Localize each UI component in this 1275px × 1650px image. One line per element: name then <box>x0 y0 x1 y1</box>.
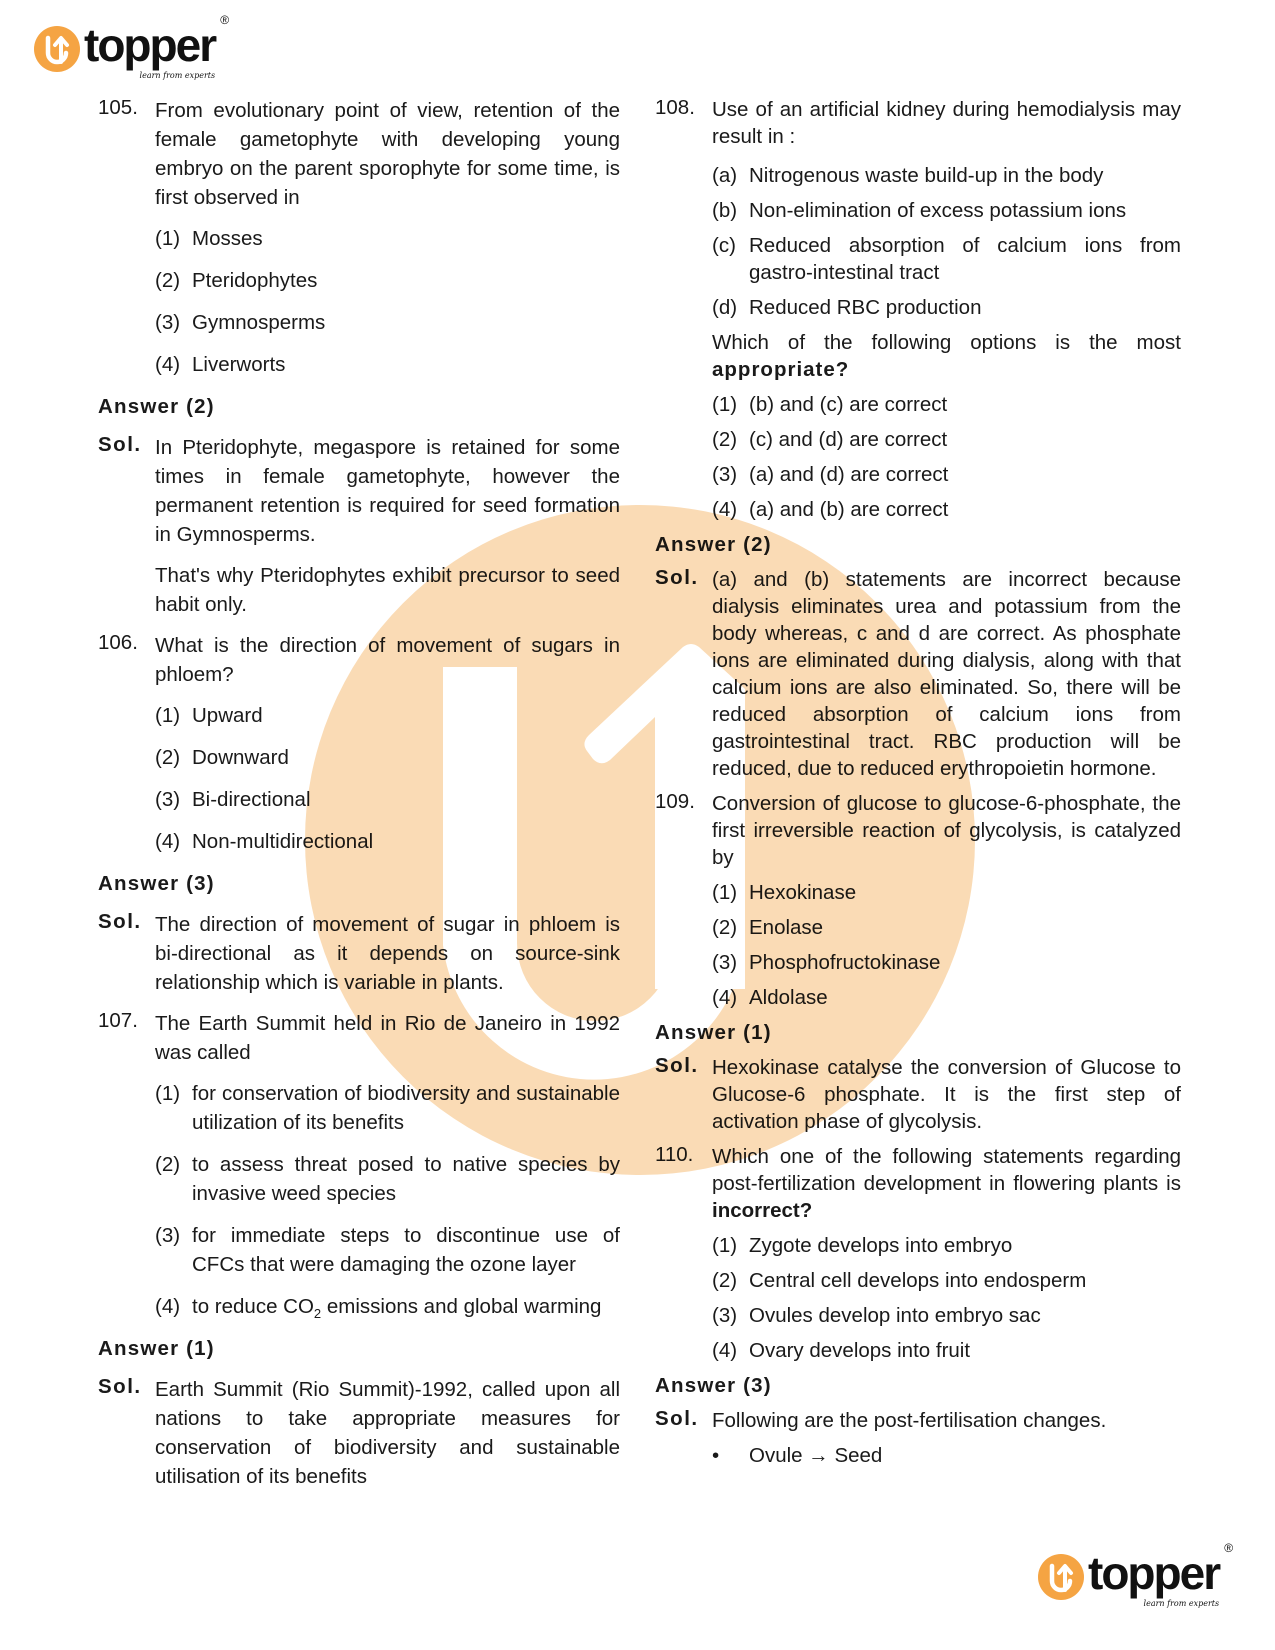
statement: (a)Nitrogenous waste build-up in the bod… <box>712 162 1181 189</box>
question-text: Conversion of glucose to glucose-6-phosp… <box>712 790 1181 871</box>
option: (1)Upward <box>155 701 620 730</box>
answer-107: Answer (1) <box>98 1334 620 1363</box>
solution-label: Sol. <box>655 1407 699 1431</box>
option: (4)(a) and (b) are correct <box>712 496 1181 523</box>
question-text: From evolutionary point of view, retenti… <box>155 96 620 212</box>
option: (3)Ovules develop into embryo sac <box>712 1302 1181 1329</box>
option: (4)Ovary develops into fruit <box>712 1337 1181 1364</box>
solution-108: Sol. (a) and (b) statements are incorrec… <box>655 566 1181 782</box>
solution-109: Sol. Hexokinase catalyse the conversion … <box>655 1054 1181 1135</box>
option: (1)for conservation of biodiversity and … <box>155 1079 620 1137</box>
question-110: 110. Which one of the following statemen… <box>655 1143 1181 1364</box>
answer-105: Answer (2) <box>98 392 620 421</box>
brand-name: topper <box>1088 1547 1219 1599</box>
bullet-icon: • <box>712 1442 719 1469</box>
option: (1)(b) and (c) are correct <box>712 391 1181 418</box>
question-text: The Earth Summit held in Rio de Janeiro … <box>155 1009 620 1067</box>
left-column: 105. From evolutionary point of view, re… <box>98 96 620 1491</box>
option: (3)Bi-directional <box>155 785 620 814</box>
brand-name: topper <box>84 19 215 71</box>
solution-text: The direction of movement of sugar in ph… <box>155 910 620 997</box>
option: (3)(a) and (d) are correct <box>712 461 1181 488</box>
question-text: Use of an artificial kidney during hemod… <box>712 96 1181 150</box>
solution-label: Sol. <box>98 433 142 457</box>
question-number: 106. <box>98 631 138 655</box>
option: (1)Hexokinase <box>712 879 1181 906</box>
question-number: 105. <box>98 96 138 120</box>
option: (4)Aldolase <box>712 984 1181 1011</box>
option: (4)Non-multidirectional <box>155 827 620 856</box>
solution-text: In Pteridophyte, megaspore is retained f… <box>155 433 620 549</box>
question-number: 110. <box>655 1143 693 1167</box>
question-text: Which one of the following statements re… <box>712 1143 1181 1224</box>
topper-badge-icon <box>34 26 80 72</box>
registered-mark: ® <box>220 14 229 26</box>
option: (2)to assess threat posed to native spec… <box>155 1150 620 1208</box>
question-text: What is the direction of movement of sug… <box>155 631 620 689</box>
solution-label: Sol. <box>655 1054 699 1078</box>
option: (2)Central cell develops into endosperm <box>712 1267 1181 1294</box>
option: (2)(c) and (d) are correct <box>712 426 1181 453</box>
statement: (c)Reduced absorption of calcium ions fr… <box>712 232 1181 286</box>
question-109: 109. Conversion of glucose to glucose-6-… <box>655 790 1181 1011</box>
topper-badge-icon <box>1038 1554 1084 1600</box>
solution-110: Sol. Following are the post-fertilisatio… <box>655 1407 1181 1469</box>
solution-label: Sol. <box>98 910 142 934</box>
brand-tagline: learn from experts <box>1144 1600 1220 1608</box>
solution-text: (a) and (b) statements are incorrect bec… <box>712 566 1181 782</box>
solution-text-2: That's why Pteridophytes exhibit precurs… <box>155 561 620 619</box>
brand-tagline: learn from experts <box>140 72 216 80</box>
topper-logo-footer: topper ® learn from experts <box>1038 1550 1219 1600</box>
topper-logo: topper ® learn from experts <box>34 22 215 72</box>
solution-106: Sol. The direction of movement of sugar … <box>98 910 620 997</box>
statement: (d)Reduced RBC production <box>712 294 1181 321</box>
solution-text: Following are the post-fertilisation cha… <box>712 1407 1181 1434</box>
answer-110: Answer (3) <box>655 1372 1181 1399</box>
bullet-item: • Ovule → Seed <box>712 1442 1181 1469</box>
question-107: 107. The Earth Summit held in Rio de Jan… <box>98 1009 620 1321</box>
right-column: 108. Use of an artificial kidney during … <box>655 96 1181 1469</box>
solution-text: Hexokinase catalyse the conversion of Gl… <box>712 1054 1181 1135</box>
question-number: 109. <box>655 790 695 814</box>
option: (3)Phosphofructokinase <box>712 949 1181 976</box>
question-number: 107. <box>98 1009 138 1033</box>
question-prompt: Which of the following options is the mo… <box>712 329 1181 383</box>
option: (4)Liverworts <box>155 350 620 379</box>
solution-label: Sol. <box>98 1375 142 1399</box>
option: (2)Enolase <box>712 914 1181 941</box>
question-105: 105. From evolutionary point of view, re… <box>98 96 620 379</box>
option: (1)Zygote develops into embryo <box>712 1232 1181 1259</box>
question-number: 108. <box>655 96 695 120</box>
statement: (b)Non-elimination of excess potassium i… <box>712 197 1181 224</box>
answer-109: Answer (1) <box>655 1019 1181 1046</box>
option: (3)Gymnosperms <box>155 308 620 337</box>
solution-105: Sol. In Pteridophyte, megaspore is retai… <box>98 433 620 619</box>
option: (3)for immediate steps to discontinue us… <box>155 1221 620 1279</box>
solution-107: Sol. Earth Summit (Rio Summit)-1992, cal… <box>98 1375 620 1491</box>
option: (1)Mosses <box>155 224 620 253</box>
question-108: 108. Use of an artificial kidney during … <box>655 96 1181 523</box>
option: (2)Pteridophytes <box>155 266 620 295</box>
answer-108: Answer (2) <box>655 531 1181 558</box>
solution-text: Earth Summit (Rio Summit)-1992, called u… <box>155 1375 620 1491</box>
solution-label: Sol. <box>655 566 699 590</box>
answer-106: Answer (3) <box>98 869 620 898</box>
option: (2)Downward <box>155 743 620 772</box>
registered-mark: ® <box>1224 1542 1233 1554</box>
option: (4)to reduce CO2 emissions and global wa… <box>155 1292 620 1321</box>
question-106: 106. What is the direction of movement o… <box>98 631 620 856</box>
